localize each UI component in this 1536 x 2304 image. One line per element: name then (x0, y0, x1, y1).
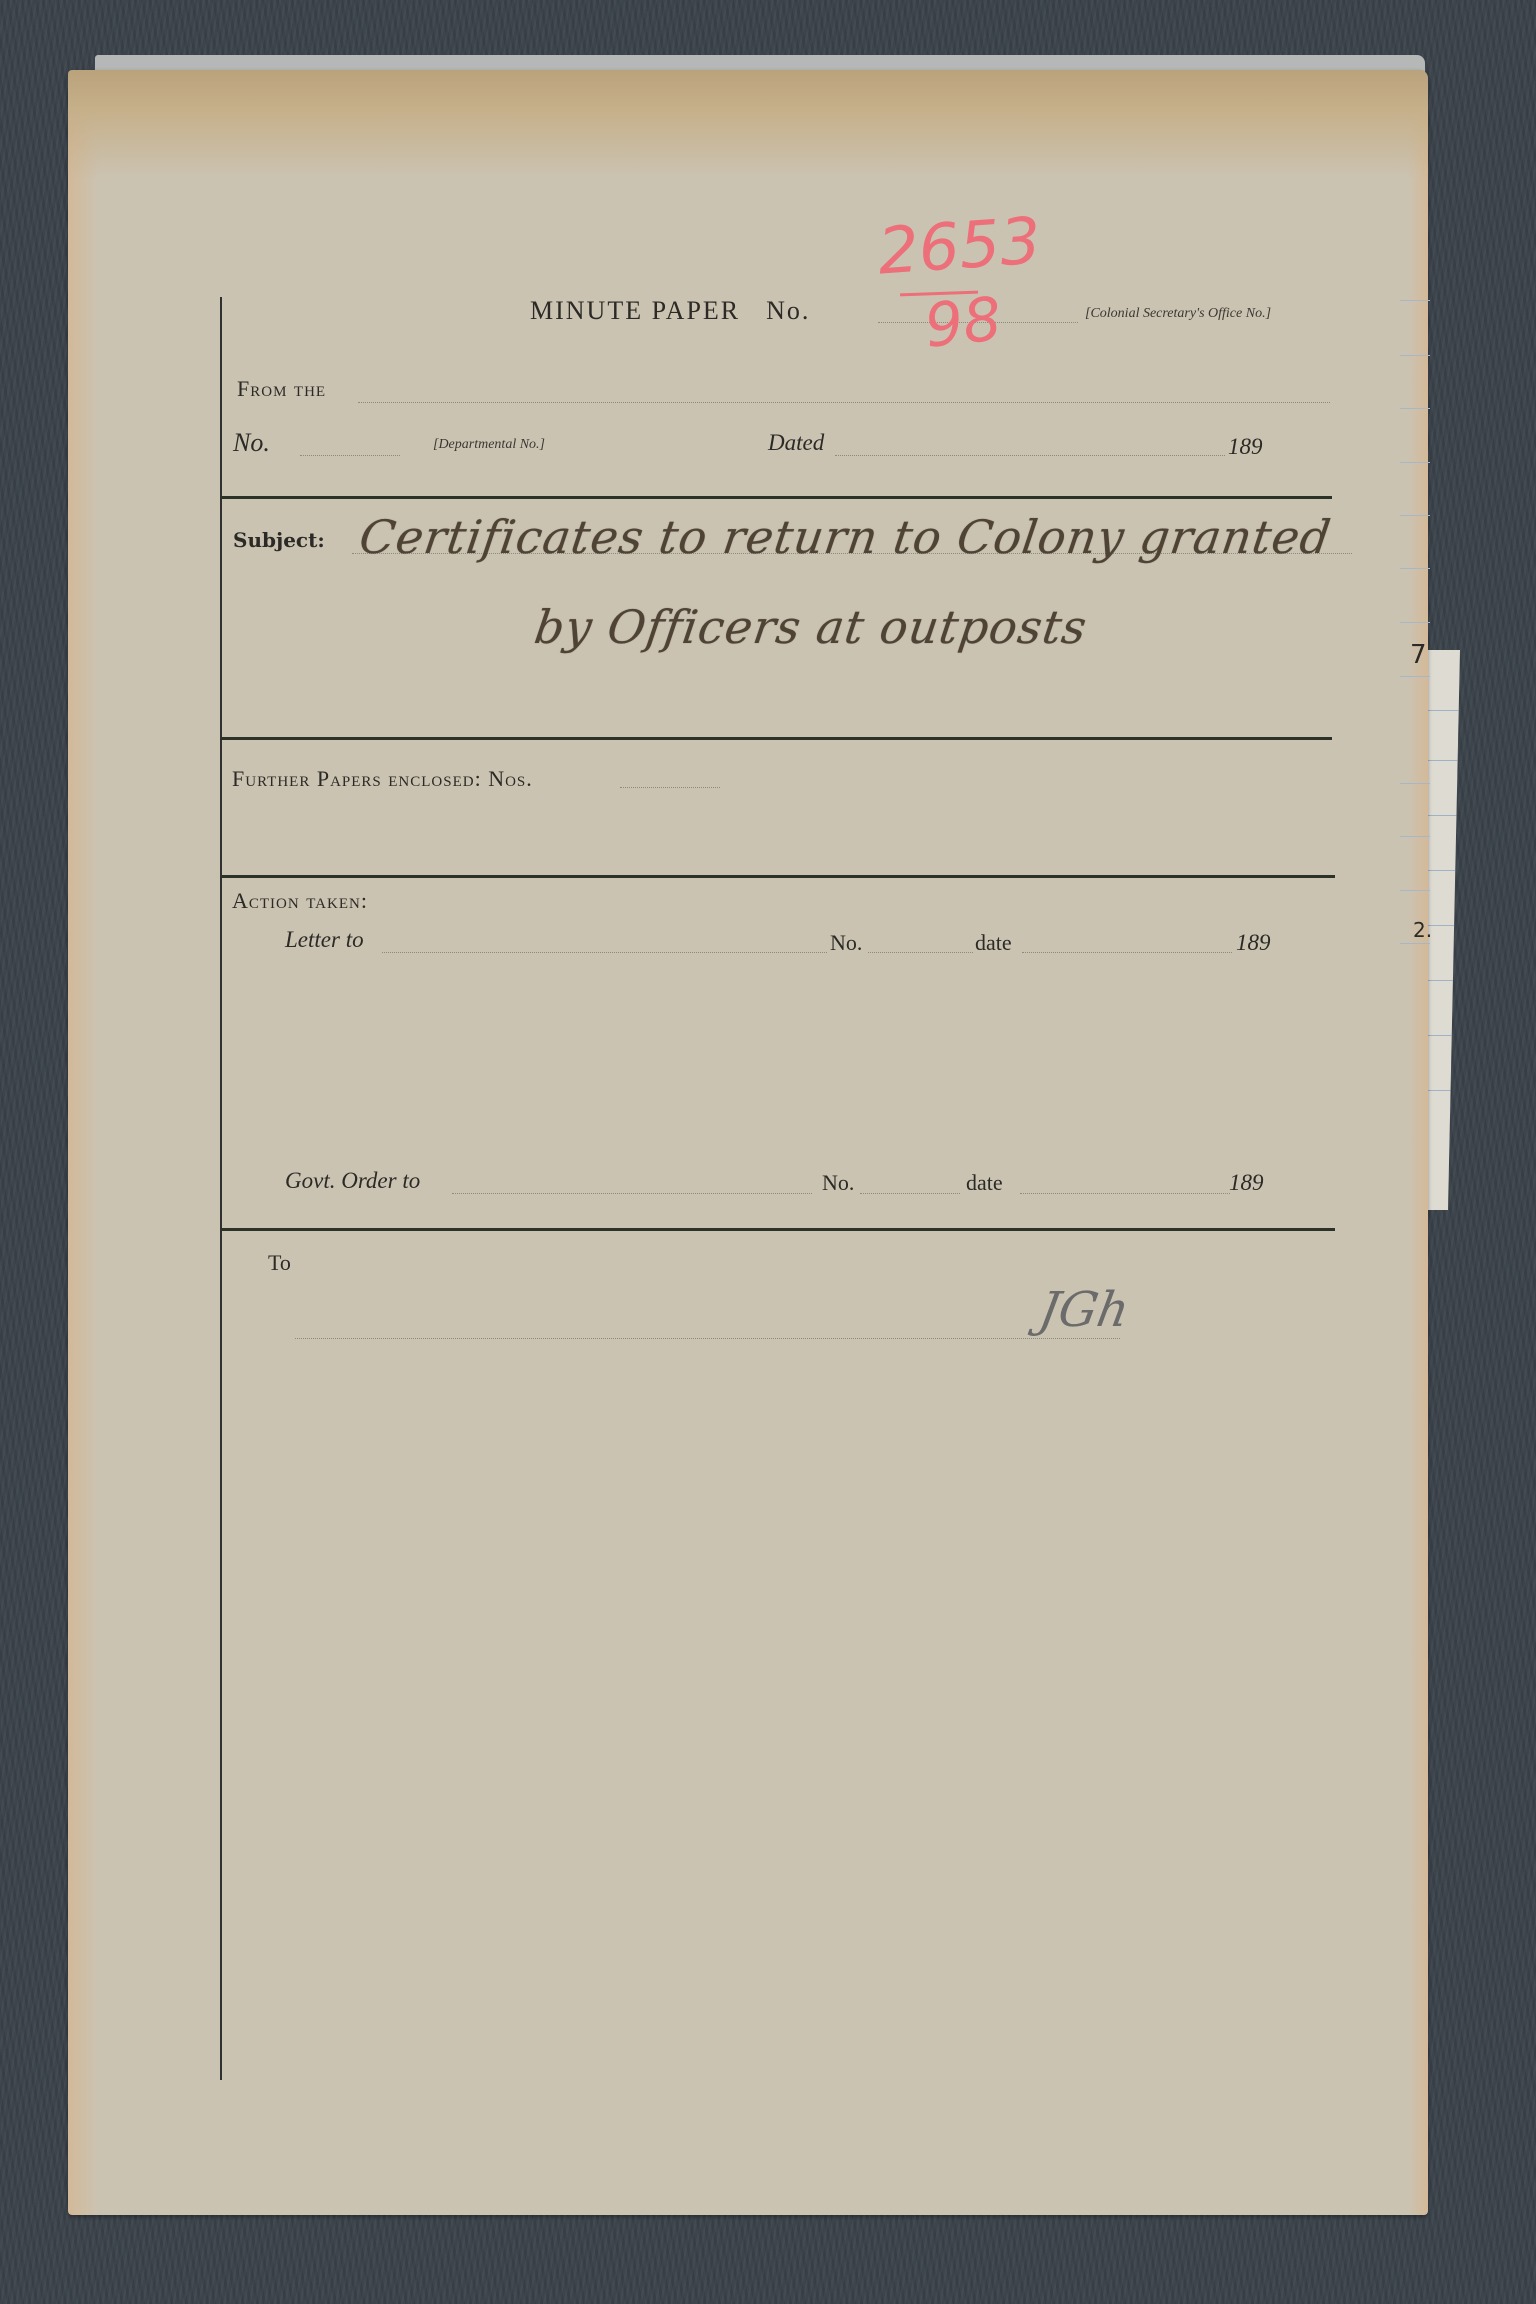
title-no-label: No. (766, 296, 810, 325)
action-taken-label: Action taken: (232, 888, 368, 914)
govt-no-field[interactable] (860, 1193, 960, 1194)
section-rule (220, 496, 1332, 499)
govt-order-field[interactable] (452, 1193, 812, 1194)
ruled-tick (1400, 355, 1430, 356)
govt-order-label: Govt. Order to (285, 1168, 420, 1194)
letter-date-label: date (975, 930, 1012, 956)
ruled-tick (1400, 943, 1430, 944)
dept-no-label: No. (233, 428, 270, 458)
from-field[interactable] (358, 402, 1330, 403)
dated-label: Dated (768, 430, 824, 456)
letter-no-field[interactable] (868, 952, 973, 953)
to-label: To (268, 1250, 291, 1276)
page-title: MINUTE PAPERNo. (530, 296, 810, 326)
section-rule (220, 1228, 1335, 1231)
ruled-tick (1400, 890, 1430, 891)
govt-year: 189 (1229, 1170, 1264, 1196)
minute-number-numerator: 2653 (876, 204, 1044, 289)
subject-label: Subject: (233, 528, 325, 552)
ruled-tick (1400, 568, 1430, 569)
margin-rule (220, 297, 222, 2080)
ruled-tick (1400, 676, 1430, 677)
letter-no-label: No. (830, 930, 862, 956)
govt-date-field[interactable] (1020, 1193, 1230, 1194)
to-field[interactable] (295, 1338, 1120, 1339)
dated-year: 189 (1228, 434, 1263, 460)
ruled-tick (1400, 783, 1430, 784)
title-text: MINUTE PAPER (530, 296, 740, 325)
pencil-initials: JGh (1035, 1282, 1133, 1338)
subject-handwriting-line2: by Officers at outposts (531, 600, 1091, 654)
section-rule (220, 737, 1332, 740)
margin-mark: 2. (1413, 918, 1432, 942)
further-papers-label: Further Papers enclosed: Nos. (232, 766, 533, 792)
margin-mark: 7 (1410, 640, 1427, 670)
minute-number-denominator: 98 (922, 284, 1005, 362)
section-rule (220, 875, 1335, 878)
ruled-tick (1400, 622, 1430, 623)
dept-no-note: [Departmental No.] (433, 437, 545, 453)
letter-to-field[interactable] (382, 952, 827, 953)
ruled-tick (1400, 408, 1430, 409)
from-label: From the (237, 376, 326, 402)
ruled-tick (1400, 300, 1430, 301)
colonial-office-note: [Colonial Secretary's Office No.] (1085, 306, 1271, 322)
dated-field[interactable] (835, 455, 1225, 456)
letter-date-field[interactable] (1022, 952, 1232, 953)
letter-year: 189 (1236, 930, 1271, 956)
ruled-tick (1400, 836, 1430, 837)
ruled-tick (1400, 462, 1430, 463)
govt-no-label: No. (822, 1170, 854, 1196)
govt-date-label: date (966, 1170, 1003, 1196)
further-papers-field[interactable] (620, 787, 720, 788)
ruled-tick (1400, 515, 1430, 516)
subject-handwriting-line1: Certificates to return to Colony granted (356, 510, 1334, 564)
letter-to-label: Letter to (285, 927, 364, 953)
dept-no-field[interactable] (300, 455, 400, 456)
